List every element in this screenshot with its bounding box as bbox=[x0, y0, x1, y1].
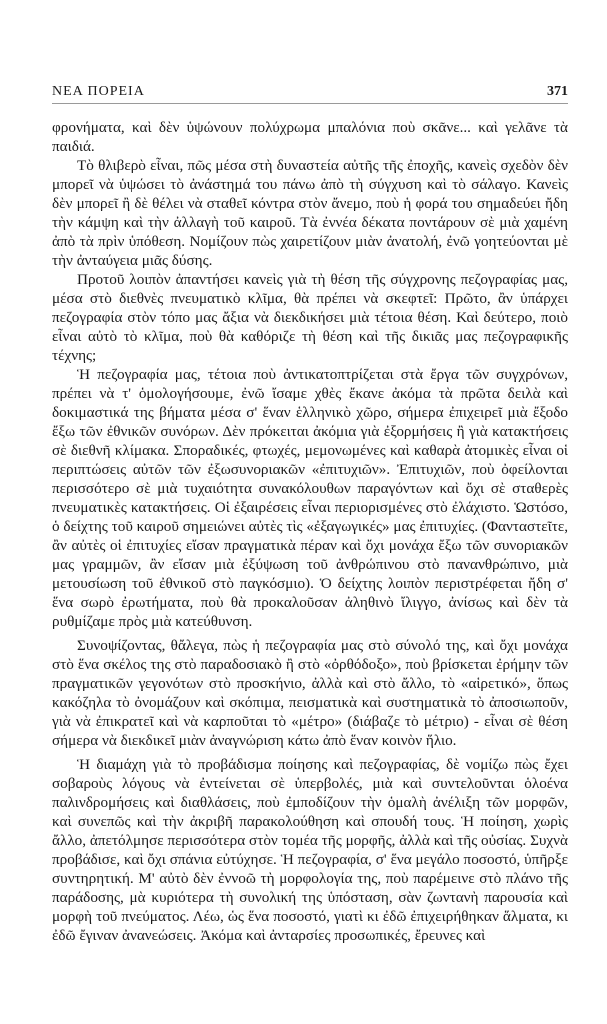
body-text: φρονήματα, καὶ δὲν ὑψώνουν πολύχρωμα μπα… bbox=[52, 118, 568, 945]
page-number: 371 bbox=[547, 84, 568, 100]
paragraph: Ἡ πεζογραφία μας, τέτοια ποὺ ἀντικατοπτρ… bbox=[52, 365, 568, 631]
paragraph: φρονήματα, καὶ δὲν ὑψώνουν πολύχρωμα μπα… bbox=[52, 118, 568, 156]
paragraph: Τὸ θλιβερὸ εἶναι, πῶς μέσα στὴ δυναστεία… bbox=[52, 156, 568, 270]
book-page: ΝΕΑ ΠΟΡΕΙΑ 371 φρονήματα, καὶ δὲν ὑψώνου… bbox=[52, 80, 568, 945]
running-header: ΝΕΑ ΠΟΡΕΙΑ 371 bbox=[52, 80, 568, 104]
paragraph: Προτοῦ λοιπὸν ἀπαντήσει κανεὶς γιὰ τὴ θέ… bbox=[52, 270, 568, 365]
paragraph: Ἡ διαμάχη γιὰ τὸ προβάδισμα ποίησης καὶ … bbox=[52, 755, 568, 945]
running-title: ΝΕΑ ΠΟΡΕΙΑ bbox=[52, 84, 145, 100]
paragraph: Συνοψίζοντας, θἄλεγα, πὼς ἡ πεζογραφία μ… bbox=[52, 636, 568, 750]
